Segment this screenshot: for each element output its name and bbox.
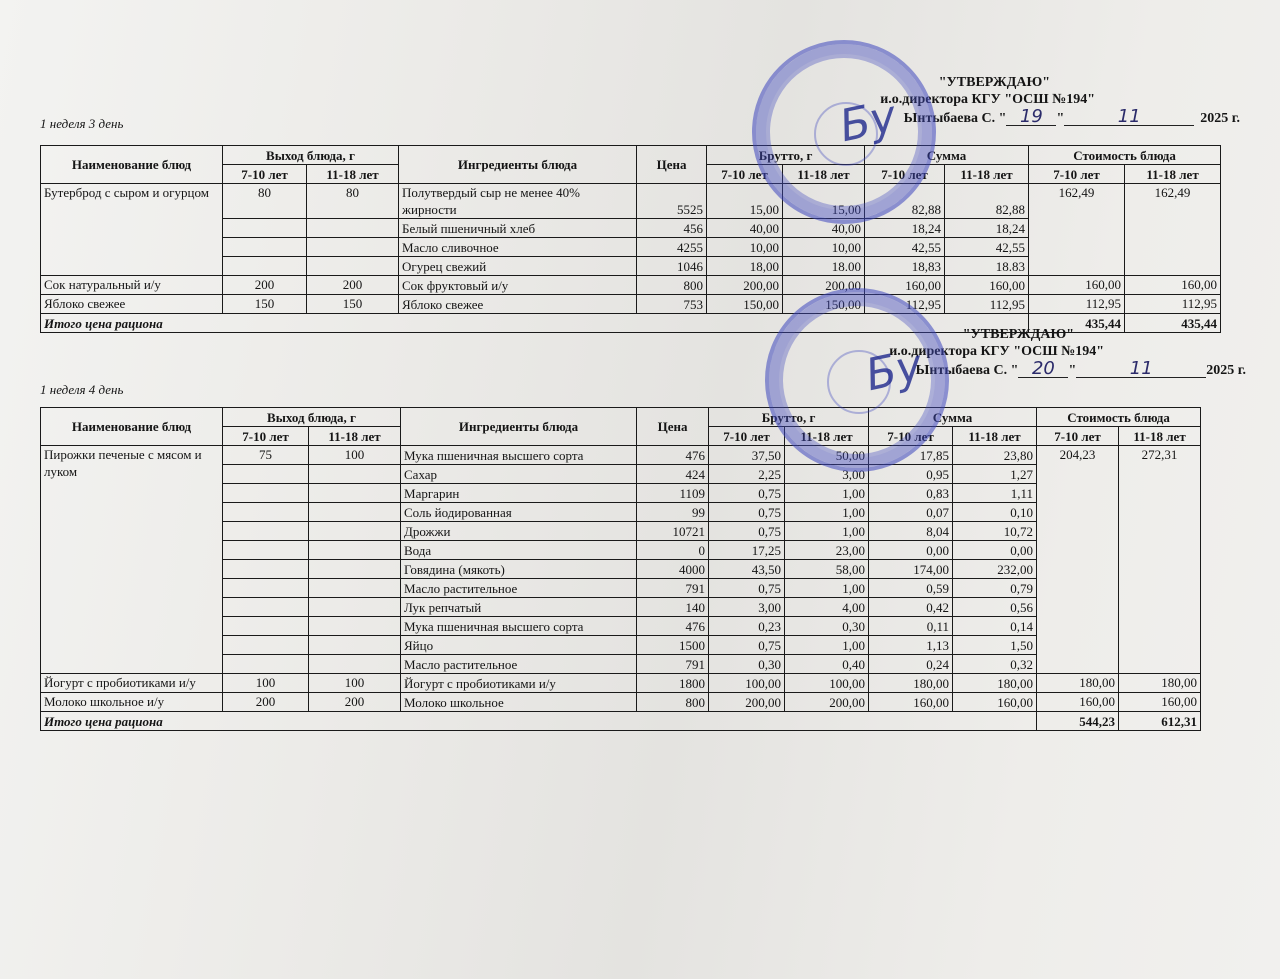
yield-11-18-empty: [309, 617, 401, 636]
brutto-11-18: 1,00: [785, 503, 869, 522]
approval-month: 11: [1076, 360, 1206, 378]
total-row: Итого цена рациона544,23612,31: [41, 712, 1201, 731]
yield-7-10: 100: [223, 674, 309, 693]
approval-month: 11: [1064, 108, 1194, 126]
header-brutto: Брутто, г: [707, 146, 865, 165]
yield-11-18-empty: [307, 219, 399, 238]
brutto-7-10: 0,75: [709, 579, 785, 598]
header-brutto-11-18: 11-18 лет: [785, 427, 869, 446]
ingredient-price: 424: [637, 465, 709, 484]
dish-cost-11-18: 162,49: [1125, 184, 1221, 276]
week-day-label-day3: 1 неделя 3 день: [40, 116, 123, 132]
table-row: Йогурт с пробиотиками и/у100100Йогурт с …: [41, 674, 1201, 693]
ingredient-name: Огурец свежий: [399, 257, 637, 276]
ingredient-price: 4000: [637, 560, 709, 579]
yield-7-10-empty: [223, 522, 309, 541]
sum-11-18: 18.83: [945, 257, 1029, 276]
dish-cost-7-10: 160,00: [1029, 276, 1125, 295]
dish-name: Бутерброд с сыром и огурцом: [41, 184, 223, 276]
yield-7-10-empty: [223, 484, 309, 503]
dish-name: Сок натуральный и/у: [41, 276, 223, 295]
ingredient-name: Масло растительное: [401, 655, 637, 674]
dish-cost-11-18: 160,00: [1119, 693, 1201, 712]
yield-11-18: 150: [307, 295, 399, 314]
ingredient-name: Маргарин: [401, 484, 637, 503]
sum-11-18: 0,32: [953, 655, 1037, 674]
menu-body-day3: Бутерброд с сыром и огурцом8080Полутверд…: [41, 184, 1221, 333]
approval-signature-line: Ынтыбаева С. "20"112025 г.: [830, 360, 1246, 379]
sum-7-10: 174,00: [869, 560, 953, 579]
yield-11-18: 200: [307, 276, 399, 295]
yield-7-10-empty: [223, 219, 307, 238]
table-row: Бутерброд с сыром и огурцом8080Полутверд…: [41, 184, 1221, 219]
sum-11-18: 160,00: [945, 276, 1029, 295]
brutto-11-18: 3,00: [785, 465, 869, 484]
dish-name: Молоко школьное и/у: [41, 693, 223, 712]
yield-11-18-empty: [307, 238, 399, 257]
document-page: 1 неделя 3 день "УТВЕРЖДАЮ" и.о.директор…: [0, 0, 1280, 979]
ingredient-name: Масло сливочное: [399, 238, 637, 257]
yield-7-10-empty: [223, 636, 309, 655]
ingredient-name: Сок фруктовый и/у: [399, 276, 637, 295]
brutto-7-10: 3,00: [709, 598, 785, 617]
yield-7-10-empty: [223, 579, 309, 598]
header-brutto-7-10: 7-10 лет: [707, 165, 783, 184]
sum-11-18: 232,00: [953, 560, 1037, 579]
brutto-11-18: 18.00: [783, 257, 865, 276]
sum-7-10: 0,00: [869, 541, 953, 560]
header-dish-name: Наименование блюд: [41, 408, 223, 446]
approval-signature-line: Ынтыбаева С. "19"112025 г.: [820, 108, 1240, 127]
sum-7-10: 18,24: [865, 219, 945, 238]
yield-11-18-empty: [309, 465, 401, 484]
header-brutto-11-18: 11-18 лет: [783, 165, 865, 184]
brutto-11-18: 150,00: [783, 295, 865, 314]
ingredient-price: 800: [637, 693, 709, 712]
sum-7-10: 18,83: [865, 257, 945, 276]
yield-11-18: 80: [307, 184, 399, 219]
header-sum-7-10: 7-10 лет: [865, 165, 945, 184]
brutto-11-18: 0,30: [785, 617, 869, 636]
ingredient-name: Мука пшеничная высшего сорта: [401, 446, 637, 465]
ingredient-price: 476: [637, 446, 709, 465]
ingredient-price: 456: [637, 219, 707, 238]
ingredient-price: 753: [637, 295, 707, 314]
ingredient-price: 800: [637, 276, 707, 295]
dish-name: Йогурт с пробиотиками и/у: [41, 674, 223, 693]
header-yield-11-18: 11-18 лет: [309, 427, 401, 446]
approval-name: Ынтыбаева С.: [916, 363, 1008, 378]
dish-cost-7-10: 112,95: [1029, 295, 1125, 314]
ingredient-name: Говядина (мякоть): [401, 560, 637, 579]
total-7-10: 544,23: [1037, 712, 1119, 731]
header-sum-7-10: 7-10 лет: [869, 427, 953, 446]
sum-7-10: 180,00: [869, 674, 953, 693]
yield-11-18: 100: [309, 446, 401, 465]
ingredient-price: 791: [637, 579, 709, 598]
dish-cost-7-10: 160,00: [1037, 693, 1119, 712]
sum-7-10: 0,07: [869, 503, 953, 522]
header-cost-11-18: 11-18 лет: [1125, 165, 1221, 184]
header-yield-11-18: 11-18 лет: [307, 165, 399, 184]
yield-7-10: 150: [223, 295, 307, 314]
sum-11-18: 1,50: [953, 636, 1037, 655]
header-dish-name: Наименование блюд: [41, 146, 223, 184]
menu-table-day3: Наименование блюд Выход блюда, г Ингреди…: [40, 145, 1221, 333]
brutto-7-10: 40,00: [707, 219, 783, 238]
brutto-11-18: 4,00: [785, 598, 869, 617]
header-sum-11-18: 11-18 лет: [945, 165, 1029, 184]
yield-11-18-empty: [309, 541, 401, 560]
approval-day: 20: [1018, 360, 1068, 378]
yield-11-18-empty: [307, 257, 399, 276]
menu-body-day4: Пирожки печеные с мясом и луком75100Мука…: [41, 446, 1201, 731]
sum-11-18: 18,24: [945, 219, 1029, 238]
ingredient-price: 1046: [637, 257, 707, 276]
ingredient-name: Яблоко свежее: [399, 295, 637, 314]
sum-11-18: 82,88: [945, 184, 1029, 219]
table-row: Сок натуральный и/у200200Сок фруктовый и…: [41, 276, 1221, 295]
ingredient-price: 476: [637, 617, 709, 636]
yield-7-10-empty: [223, 598, 309, 617]
ingredient-name: Мука пшеничная высшего сорта: [401, 617, 637, 636]
brutto-7-10: 18,00: [707, 257, 783, 276]
yield-11-18-empty: [309, 598, 401, 617]
yield-11-18-empty: [309, 579, 401, 598]
brutto-11-18: 50,00: [785, 446, 869, 465]
yield-7-10-empty: [223, 655, 309, 674]
ingredient-price: 791: [637, 655, 709, 674]
sum-7-10: 0,59: [869, 579, 953, 598]
yield-11-18-empty: [309, 655, 401, 674]
table-row: Молоко школьное и/у200200Молоко школьное…: [41, 693, 1201, 712]
sum-7-10: 17,85: [869, 446, 953, 465]
ingredient-name: Вода: [401, 541, 637, 560]
yield-7-10: 200: [223, 276, 307, 295]
dish-cost-7-10: 204,23: [1037, 446, 1119, 674]
sum-7-10: 0,42: [869, 598, 953, 617]
brutto-7-10: 150,00: [707, 295, 783, 314]
sum-11-18: 42,55: [945, 238, 1029, 257]
approval-title: "УТВЕРЖДАЮ": [830, 326, 1246, 343]
header-yield-7-10: 7-10 лет: [223, 165, 307, 184]
week-day-label-day4: 1 неделя 4 день: [40, 382, 123, 398]
approval-title: "УТВЕРЖДАЮ": [820, 74, 1240, 91]
brutto-7-10: 200,00: [707, 276, 783, 295]
brutto-7-10: 17,25: [709, 541, 785, 560]
header-brutto-7-10: 7-10 лет: [709, 427, 785, 446]
dish-cost-7-10: 180,00: [1037, 674, 1119, 693]
brutto-11-18: 1,00: [785, 579, 869, 598]
ingredient-name: Соль йодированная: [401, 503, 637, 522]
brutto-11-18: 1,00: [785, 636, 869, 655]
brutto-11-18: 200,00: [783, 276, 865, 295]
sum-7-10: 160,00: [865, 276, 945, 295]
brutto-7-10: 10,00: [707, 238, 783, 257]
header-cost-11-18: 11-18 лет: [1119, 427, 1201, 446]
dish-cost-11-18: 112,95: [1125, 295, 1221, 314]
ingredient-price: 1109: [637, 484, 709, 503]
brutto-7-10: 0,75: [709, 503, 785, 522]
sum-11-18: 0,56: [953, 598, 1037, 617]
yield-11-18: 200: [309, 693, 401, 712]
header-sum: Сумма: [869, 408, 1037, 427]
sum-7-10: 1,13: [869, 636, 953, 655]
approval-name: Ынтыбаева С.: [904, 111, 996, 126]
sum-11-18: 1,11: [953, 484, 1037, 503]
header-price: Цена: [637, 146, 707, 184]
approval-year: 2025 г.: [1200, 111, 1240, 126]
yield-11-18-empty: [309, 484, 401, 503]
yield-7-10-empty: [223, 617, 309, 636]
sum-11-18: 160,00: [953, 693, 1037, 712]
brutto-7-10: 43,50: [709, 560, 785, 579]
brutto-11-18: 1,00: [785, 522, 869, 541]
header-brutto: Брутто, г: [709, 408, 869, 427]
sum-7-10: 0,95: [869, 465, 953, 484]
approval-year: 2025 г.: [1206, 363, 1246, 378]
yield-7-10-empty: [223, 560, 309, 579]
ingredient-price: 4255: [637, 238, 707, 257]
sum-7-10: 82,88: [865, 184, 945, 219]
yield-7-10: 80: [223, 184, 307, 219]
sum-7-10: 0,83: [869, 484, 953, 503]
dish-name: Яблоко свежее: [41, 295, 223, 314]
ingredient-name: Яйцо: [401, 636, 637, 655]
ingredient-price: 10721: [637, 522, 709, 541]
ingredient-name: Масло растительное: [401, 579, 637, 598]
table-row: Пирожки печеные с мясом и луком75100Мука…: [41, 446, 1201, 465]
yield-11-18-empty: [309, 503, 401, 522]
yield-11-18: 100: [309, 674, 401, 693]
brutto-11-18: 15,00: [783, 184, 865, 219]
ingredient-price: 99: [637, 503, 709, 522]
brutto-7-10: 0,75: [709, 636, 785, 655]
brutto-7-10: 0,75: [709, 484, 785, 503]
header-cost-7-10: 7-10 лет: [1037, 427, 1119, 446]
dish-cost-11-18: 272,31: [1119, 446, 1201, 674]
sum-11-18: 0,79: [953, 579, 1037, 598]
ingredient-name: Йогурт с пробиотиками и/у: [401, 674, 637, 693]
ingredient-name: Лук репчатый: [401, 598, 637, 617]
yield-7-10: 200: [223, 693, 309, 712]
brutto-7-10: 0,23: [709, 617, 785, 636]
brutto-7-10: 100,00: [709, 674, 785, 693]
yield-11-18-empty: [309, 560, 401, 579]
yield-11-18-empty: [309, 522, 401, 541]
brutto-7-10: 37,50: [709, 446, 785, 465]
sum-7-10: 8,04: [869, 522, 953, 541]
yield-7-10-empty: [223, 238, 307, 257]
yield-7-10-empty: [223, 465, 309, 484]
header-ingredients: Ингредиенты блюда: [401, 408, 637, 446]
sum-11-18: 0,00: [953, 541, 1037, 560]
ingredient-price: 140: [637, 598, 709, 617]
approval-day: 19: [1006, 108, 1056, 126]
sum-7-10: 160,00: [869, 693, 953, 712]
header-ingredients: Ингредиенты блюда: [399, 146, 637, 184]
brutto-11-18: 1,00: [785, 484, 869, 503]
ingredient-name: Дрожжи: [401, 522, 637, 541]
sum-7-10: 0,24: [869, 655, 953, 674]
dish-cost-11-18: 160,00: [1125, 276, 1221, 295]
brutto-11-18: 58,00: [785, 560, 869, 579]
ingredient-price: 1800: [637, 674, 709, 693]
approval-block-day4: "УТВЕРЖДАЮ" и.о.директора КГУ "ОСШ №194"…: [830, 326, 1246, 379]
sum-11-18: 10,72: [953, 522, 1037, 541]
brutto-7-10: 15,00: [707, 184, 783, 219]
header-yield: Выход блюда, г: [223, 408, 401, 427]
dish-name: Пирожки печеные с мясом и луком: [41, 446, 223, 674]
yield-7-10-empty: [223, 541, 309, 560]
sum-11-18: 0,10: [953, 503, 1037, 522]
approval-block-day3: "УТВЕРЖДАЮ" и.о.директора КГУ "ОСШ №194"…: [820, 74, 1240, 127]
brutto-7-10: 200,00: [709, 693, 785, 712]
brutto-7-10: 0,30: [709, 655, 785, 674]
header-price: Цена: [637, 408, 709, 446]
header-sum: Сумма: [865, 146, 1029, 165]
header-yield-7-10: 7-10 лет: [223, 427, 309, 446]
yield-11-18-empty: [309, 636, 401, 655]
ingredient-name: Молоко школьное: [401, 693, 637, 712]
sum-11-18: 112,95: [945, 295, 1029, 314]
ingredient-name: Полутвердый сыр не менее 40% жирности: [399, 184, 637, 219]
menu-table-day4: Наименование блюд Выход блюда, г Ингреди…: [40, 407, 1201, 731]
total-label: Итого цена рациона: [41, 712, 1037, 731]
total-11-18: 612,31: [1119, 712, 1201, 731]
sum-7-10: 112,95: [865, 295, 945, 314]
ingredient-price: 0: [637, 541, 709, 560]
yield-7-10-empty: [223, 503, 309, 522]
brutto-7-10: 2,25: [709, 465, 785, 484]
dish-cost-7-10: 162,49: [1029, 184, 1125, 276]
ingredient-price: 1500: [637, 636, 709, 655]
brutto-11-18: 200,00: [785, 693, 869, 712]
header-cost: Стоимость блюда: [1037, 408, 1201, 427]
brutto-11-18: 0,40: [785, 655, 869, 674]
sum-7-10: 42,55: [865, 238, 945, 257]
ingredient-name: Сахар: [401, 465, 637, 484]
brutto-7-10: 0,75: [709, 522, 785, 541]
yield-7-10: 75: [223, 446, 309, 465]
dish-cost-11-18: 180,00: [1119, 674, 1201, 693]
sum-11-18: 1,27: [953, 465, 1037, 484]
yield-7-10-empty: [223, 257, 307, 276]
sum-11-18: 23,80: [953, 446, 1037, 465]
header-yield: Выход блюда, г: [223, 146, 399, 165]
sum-7-10: 0,11: [869, 617, 953, 636]
ingredient-price: 5525: [637, 184, 707, 219]
brutto-11-18: 23,00: [785, 541, 869, 560]
table-row: Яблоко свежее150150Яблоко свежее753150,0…: [41, 295, 1221, 314]
sum-11-18: 180,00: [953, 674, 1037, 693]
ingredient-name: Белый пшеничный хлеб: [399, 219, 637, 238]
brutto-11-18: 100,00: [785, 674, 869, 693]
sum-11-18: 0,14: [953, 617, 1037, 636]
header-cost: Стоимость блюда: [1029, 146, 1221, 165]
brutto-11-18: 40,00: [783, 219, 865, 238]
header-cost-7-10: 7-10 лет: [1029, 165, 1125, 184]
header-sum-11-18: 11-18 лет: [953, 427, 1037, 446]
brutto-11-18: 10,00: [783, 238, 865, 257]
